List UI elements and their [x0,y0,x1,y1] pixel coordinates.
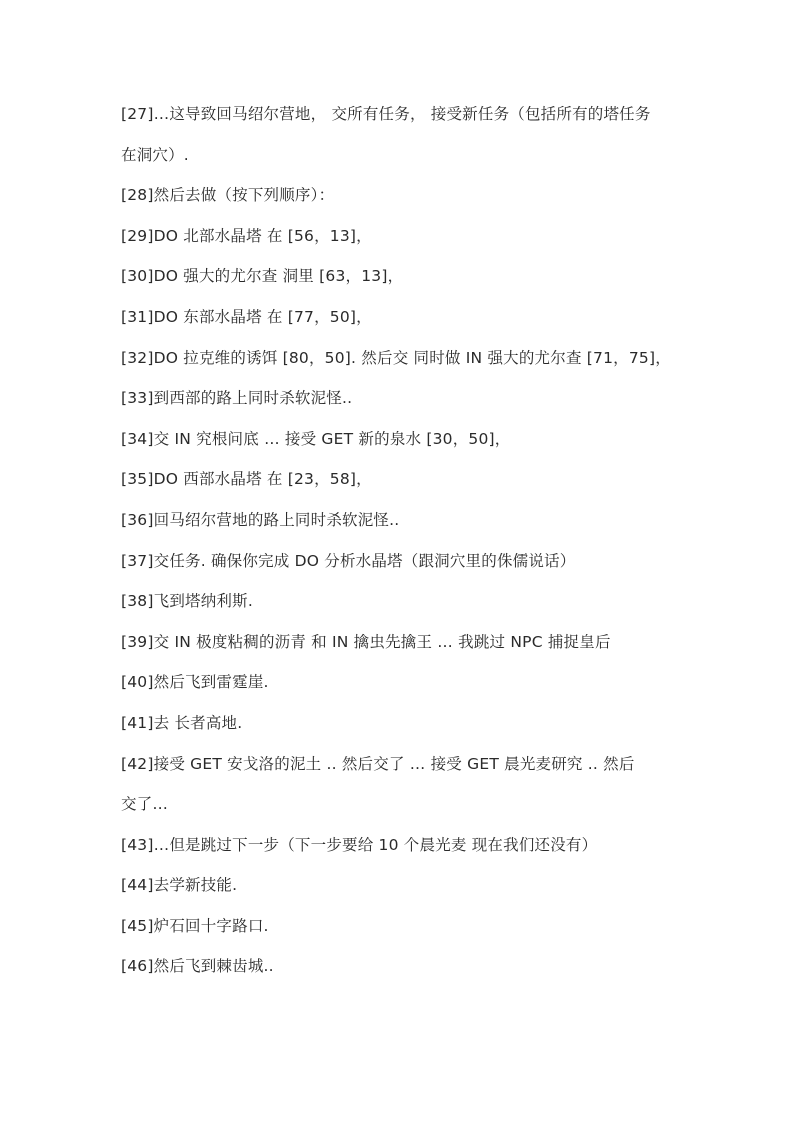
text-line: [40]然后飞到雷霆崖. [121,672,691,692]
text-line: [31]DO 东部水晶塔 在 [77，50]， [121,307,691,327]
text-line: [36]回马绍尔营地的路上同时杀软泥怪.. [121,510,691,530]
text-line: [34]交 IN 究根问底 … 接受 GET 新的泉水 [30，50]， [121,429,691,449]
text-line: [27]…这导致回马绍尔营地， 交所有任务， 接受新任务（包括所有的塔任务 [121,104,691,124]
text-line: [33]到西部的路上同时杀软泥怪.. [121,388,691,408]
text-line: [42]接受 GET 安戈洛的泥土 .. 然后交了 … 接受 GET 晨光麦研究… [121,754,691,774]
text-line: [45]炉石回十字路口. [121,916,691,936]
text-line: 在洞穴）. [121,145,691,165]
text-line: [37]交任务. 确保你完成 DO 分析水晶塔（跟洞穴里的侏儒说话） [121,551,691,571]
text-line: [39]交 IN 极度粘稠的沥青 和 IN 擒虫先擒王 … 我跳过 NPC 捕捉… [121,632,691,652]
text-line: [35]DO 西部水晶塔 在 [23，58]， [121,469,691,489]
text-line: [38]飞到塔纳利斯. [121,591,691,611]
text-line: [30]DO 强大的尤尔查 洞里 [63，13]， [121,266,691,286]
document-page: [27]…这导致回马绍尔营地， 交所有任务， 接受新任务（包括所有的塔任务 在洞… [121,104,691,997]
text-line: [44]去学新技能. [121,875,691,895]
text-line: [32]DO 拉克维的诱饵 [80，50]. 然后交 同时做 IN 强大的尤尔查… [121,348,691,368]
text-line: [41]去 长者高地. [121,713,691,733]
text-line: [43]…但是跳过下一步（下一步要给 10 个晨光麦 现在我们还没有） [121,835,691,855]
text-line: 交了… [121,794,691,814]
text-line: [29]DO 北部水晶塔 在 [56，13]， [121,226,691,246]
text-line: [28]然后去做（按下列顺序）： [121,185,691,205]
text-line: [46]然后飞到棘齿城.. [121,956,691,976]
